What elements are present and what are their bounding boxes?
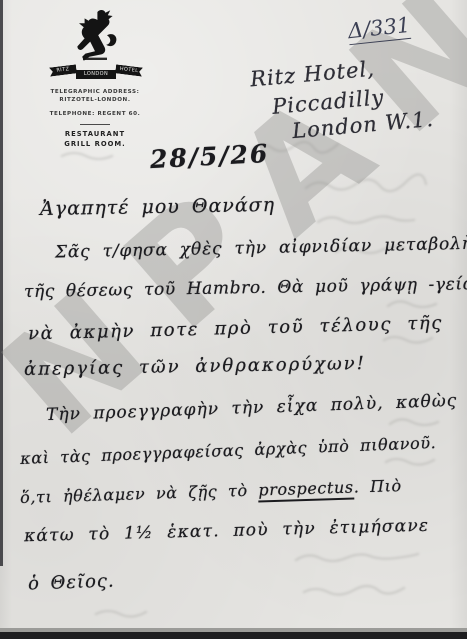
ribbon-word-london: LONDON [76,70,116,79]
ribbon-banner: RITZ LONDON HOTEL [46,62,146,84]
body-text: . Πιὸ [353,476,402,496]
letterhead-divider [80,124,110,125]
lion-rampant-crest-icon [58,8,132,64]
telegraphic-address-block: TELEGRAPHIC ADDRESS: RITZOTEL-LONDON. [30,88,160,104]
prospectus-underlined-word: prospectus [258,478,354,503]
restaurant-line: RESTAURANT [30,130,160,140]
telegraphic-address-value: RITZOTEL-LONDON. [30,96,160,104]
telegraphic-address-label: TELEGRAPHIC ADDRESS: [30,88,160,96]
telephone-line: TELEPHONE: REGENT 60. [30,110,160,118]
ribbon-word-ritz: RITZ [49,64,77,76]
salutation: Ἀγαπητέ μου Θανάση [40,194,275,220]
signature-closing: ὁ Θεῖος. [28,570,115,594]
grill-room-line: GRILL ROOM. [30,140,160,150]
restaurant-block: RESTAURANT GRILL ROOM. [30,130,160,149]
ribbon-word-hotel: HOTEL [115,64,143,76]
scanned-letter-page: ΝΡΑΝ RITZ LONDON HOTEL TELEGRAPHIC ADDRE… [0,0,467,639]
